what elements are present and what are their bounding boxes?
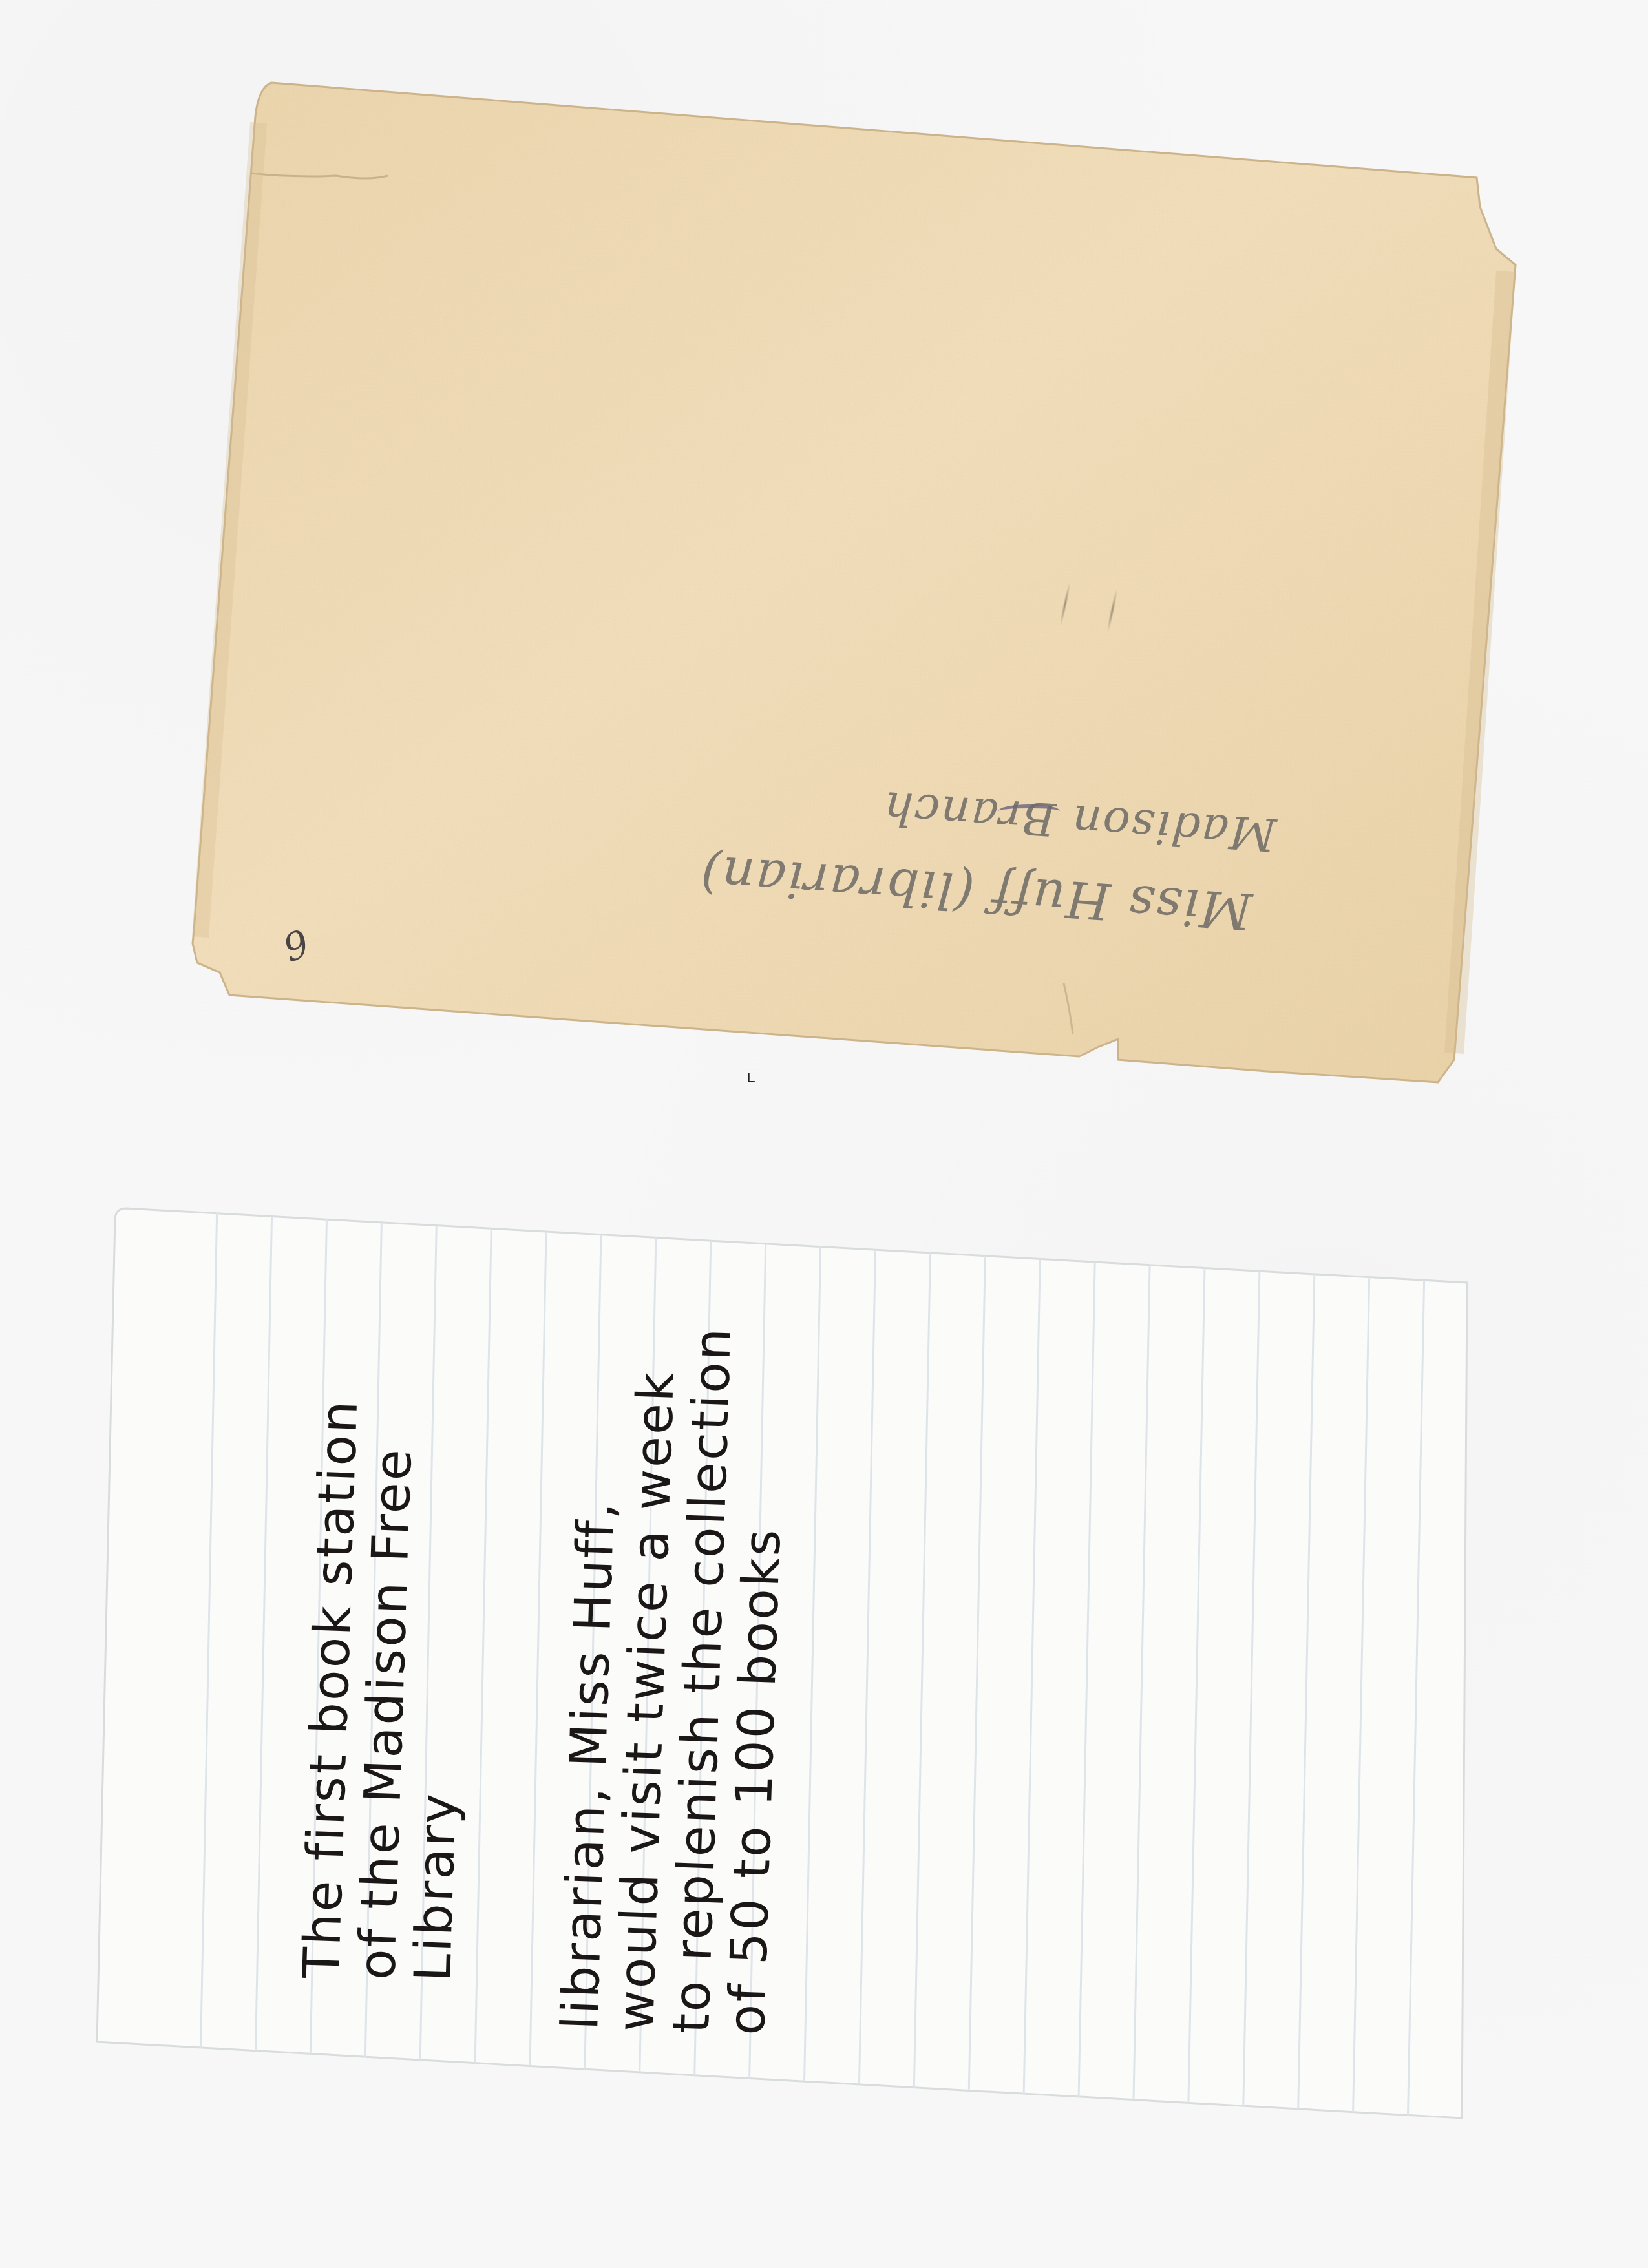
card-paragraph-title: The first book station of the Madison Fr… (294, 1398, 479, 1982)
card-paragraph-body: librarian, Miss Huff, would visit twice … (553, 1322, 797, 2036)
index-card-handwriting: The first book station of the Madison Fr… (0, 0, 1648, 2268)
